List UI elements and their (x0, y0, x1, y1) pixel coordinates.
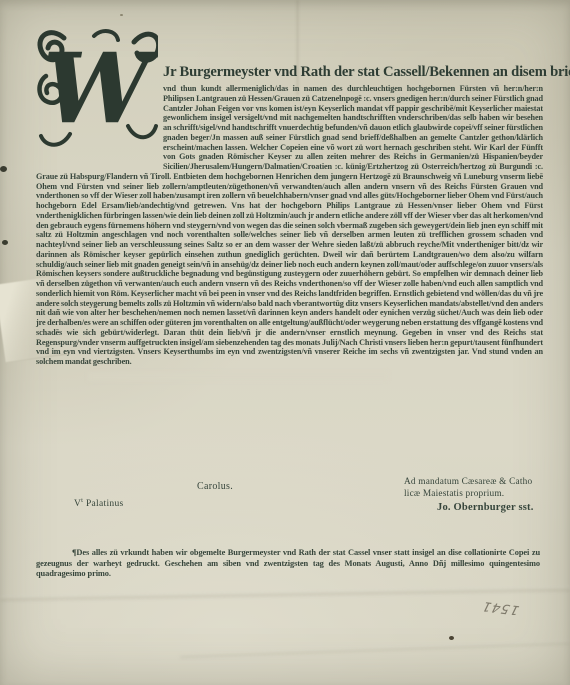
signature-ad-mandatum: Ad mandatum Cæsareæ & Catho licæ Maiesta… (404, 477, 532, 500)
palatinus-rest: Palatinus (83, 499, 123, 509)
ink-speck (0, 166, 7, 172)
colophon-paragraph: ¶Des alles zü vrkundt haben wir obgemelt… (36, 548, 540, 579)
signature-obernburger: Jo. Obernburger sst. (437, 502, 534, 513)
signature-vt-palatinus: Vt Palatinus (74, 497, 124, 509)
ad-mandatum-line1: Ad mandatum Cæsareæ & Catho (404, 477, 532, 489)
body-mandate-text: Wir Karl der Fünfft von Gots gnaden Römi… (36, 143, 543, 367)
faded-ink-area (88, 372, 388, 381)
ornate-initial-woodcut: W (36, 22, 158, 168)
body-intro-text: vnd thun kundt allermeniglich/das in nam… (163, 84, 543, 152)
ink-speck (120, 14, 123, 16)
ink-speck (2, 240, 8, 245)
scanned-document: W Jr Burgermeyster vnd Rath der stat Cas… (0, 0, 570, 685)
initial-w-illustration: W (36, 22, 158, 168)
mandate-text-block: W Jr Burgermeyster vnd Rath der stat Cas… (36, 22, 543, 367)
ink-speck (449, 636, 454, 640)
initial-letter: W (43, 32, 158, 145)
signature-carolus: Carolus. (197, 481, 233, 492)
ad-mandatum-line2: licæ Maiestatis proprium. (404, 489, 532, 501)
